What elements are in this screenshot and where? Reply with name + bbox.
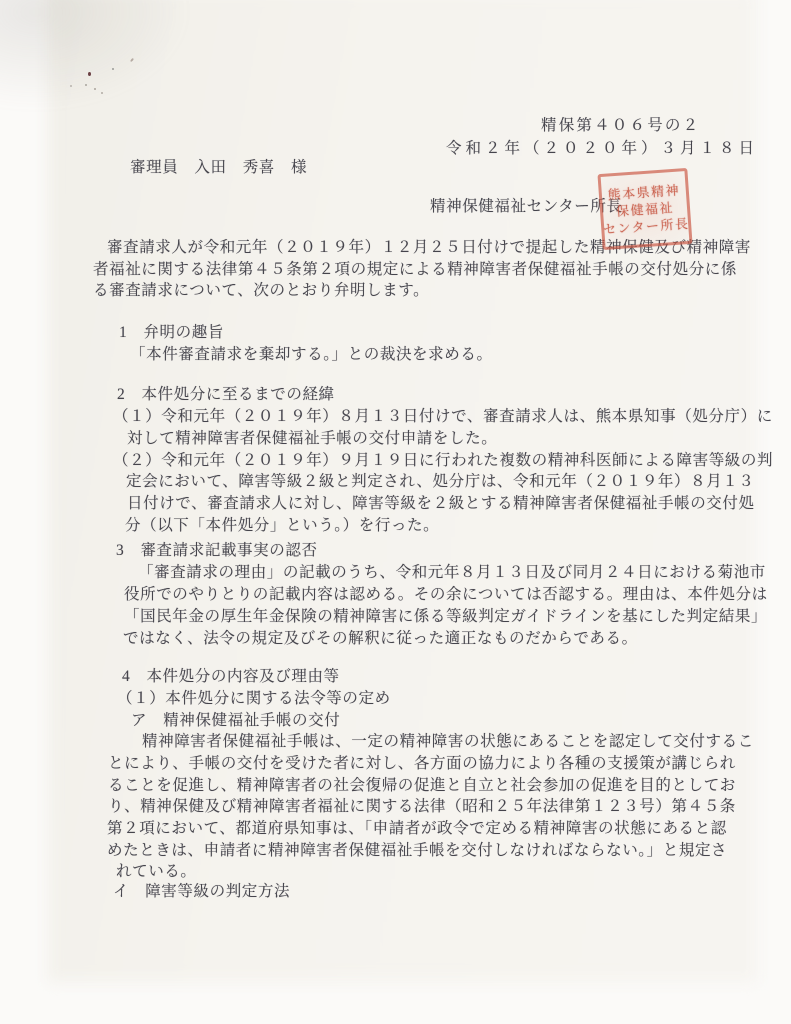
section4-sub-i: イ 障害等級の判定方法 — [113, 881, 290, 902]
section4-para-line: り、精神保健及び精神障害者福祉に関する法律（昭和２５年法律第１２３号）第４５条 — [108, 796, 736, 817]
section3-heading: 3 審査請求記載事実の認否 — [116, 540, 318, 561]
section4-para-line: とにより、手帳の交付を受けた者に対し、各方面の協力により各種の支援策が講じられ — [108, 753, 736, 774]
intro-line: 者福祉に関する法律第４５条第２項の規定による精神障害者保健福祉手帳の交付処分に係 — [93, 259, 737, 280]
section4-para-line: れている。 — [116, 861, 197, 882]
section2-heading: 2 本件処分に至るまでの経緯 — [117, 384, 335, 405]
section4-para-line: めたときは、申請者に精神障害者保健福祉手帳を交付しなければならない。」と規定さ — [107, 840, 727, 861]
scan-speckle — [88, 72, 91, 76]
section2-item-line: 対して精神障害者保健福祉手帳の交付申請をした。 — [127, 428, 497, 449]
section4-sub1: （１）本件処分に関する法令等の定め — [117, 688, 391, 709]
section2-item-line: （１）令和元年（２０１９年）８月１３日付けで、審査請求人は、熊本県知事（処分庁）… — [113, 406, 773, 427]
scan-speckle — [85, 84, 87, 86]
section1-body: 「本件審査請求を棄却する。」との裁決を求める。 — [130, 344, 493, 365]
doc-date: 令和２年（２０２０年）３月１８日 — [446, 138, 758, 159]
section2-item-line: 日付けで、審査請求人に対し、障害等級を２級とする精神障害者保健福祉手帳の交付処 — [127, 493, 755, 514]
scan-speckle — [112, 68, 114, 70]
section2-item-line: 定会において、障害等級２級と判定され、処分庁は、令和元年（２０１９年）８月１３ — [126, 471, 755, 492]
section4-para-line: 精神障害者保健福祉手帳は、一定の精神障害の状態にあることを認定して交付するこ — [142, 731, 754, 752]
scanned-letter-page: 精保第４０６号の２ 令和２年（２０２０年）３月１８日 審理員 入田 秀喜 様 精… — [0, 0, 791, 1024]
section2-item-line: 分（以下「本件処分」という。）を行った。 — [125, 515, 439, 536]
section4-heading: 4 本件処分の内容及び理由等 — [122, 666, 340, 687]
section2-item-line: （２）令和元年（２０１９年）９月１９日に行われた複数の精神科医師による障害等級の… — [113, 450, 773, 471]
scan-speckle — [101, 92, 103, 94]
section3-line: ではなく、法令の規定及びその解釈に従った適正なものだからである。 — [123, 628, 638, 649]
section4-para-line: 第２項において、都道府県知事は、「申請者が政令で定める精神障害の状態にあると認 — [107, 818, 727, 839]
sender-title: 精神保健福祉センター所長 — [430, 196, 623, 217]
doc-number: 精保第４０６号の２ — [541, 115, 700, 136]
section4-para-line: ることを促進し、精神障害者の社会復帰の促進と自立と社会参加の促進を目的としてお — [108, 775, 736, 796]
section3-line: 「審査請求の理由」の記載のうち、令和元年８月１３日及び同月２４日における菊池市 — [138, 562, 766, 583]
scan-speckle — [70, 85, 72, 87]
section3-line: 「国民年金の厚生年金保険の精神障害に係る等級判定ガイドラインを基にした判定結果」 — [124, 606, 767, 627]
section4-sub-a: ア 精神保健福祉手帳の交付 — [131, 710, 340, 731]
sender-seal: 熊本県精神 保健福祉 センター所長 — [597, 168, 692, 250]
scan-corner-shade — [0, 0, 190, 110]
addressee-line: 審理員 入田 秀喜 様 — [130, 157, 307, 178]
section1-heading: 1 弁明の趣旨 — [119, 322, 224, 343]
section3-line: 役所でのやりとりの記載内容は認める。その余については否認する。理由は、本件処分は — [124, 584, 768, 605]
scan-speckle — [94, 88, 96, 90]
intro-line: る審査請求について、次のとおり弁明します。 — [93, 280, 429, 301]
